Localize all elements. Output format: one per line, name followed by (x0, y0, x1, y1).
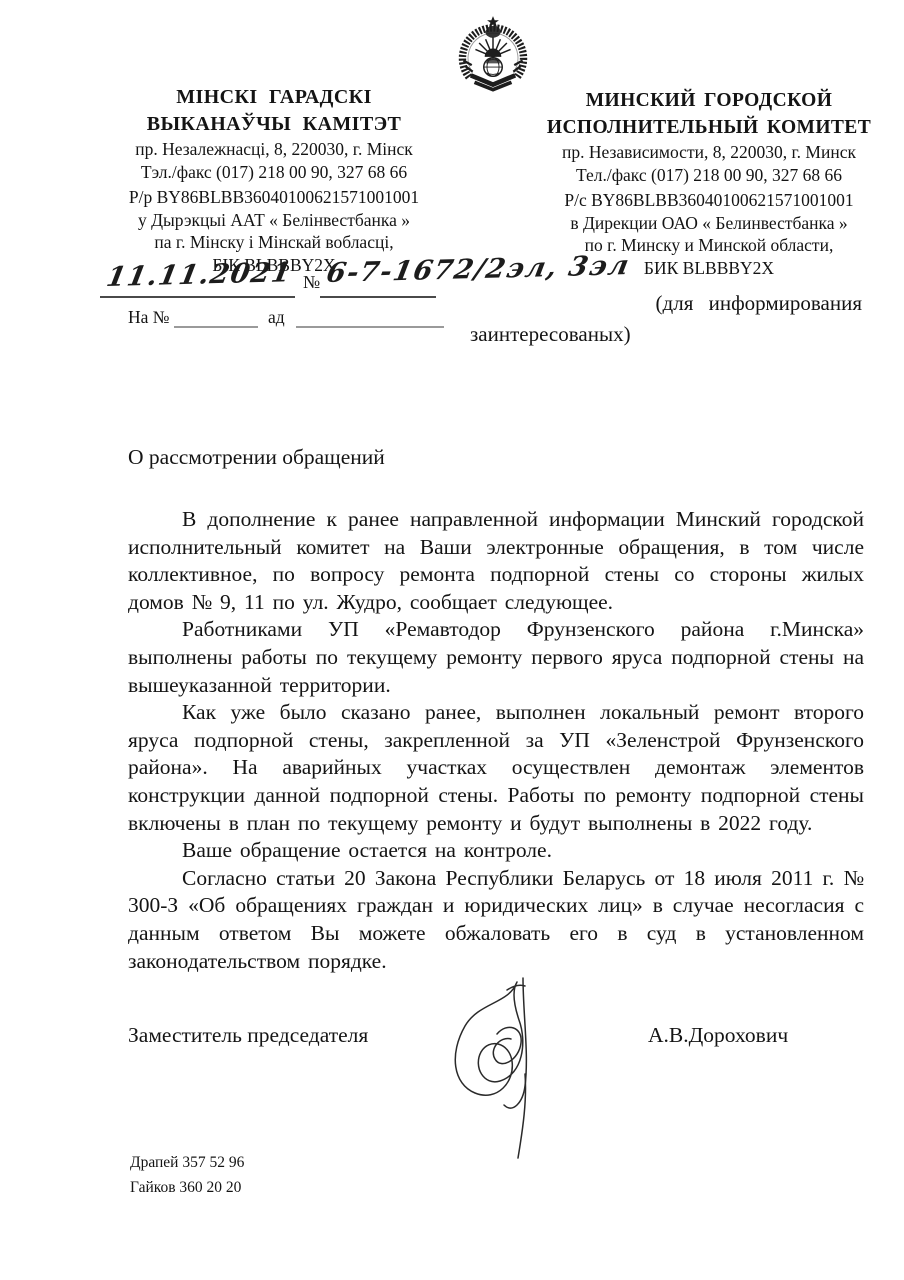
number-sign-label: № (303, 272, 320, 293)
scanned-letter-page: { "document": { "emblem": "belarus-state… (0, 0, 904, 1280)
body-paragraph: Работниками УП «Ремавтодор Фрунзенского … (128, 616, 864, 699)
letter-body: В дополнение к ранее направленной информ… (128, 506, 864, 975)
body-paragraph: В дополнение к ранее направленной информ… (128, 506, 864, 616)
org-bank1-ru: в Дирекции ОАО « Белинвестбанка » (533, 212, 885, 235)
org-header-belarusian: МІНСКІ ГАРАДСКІ ВЫКАНАЎЧЫ КАМІТЭТ (88, 84, 460, 138)
org-title-by-line1: МІНСКІ ГАРАДСКІ (88, 84, 460, 111)
org-address-ru: пр. Независимости, 8, 220030, г. Минск (533, 141, 885, 164)
org-account-ru: Р/с BY86BLBB36040100621571001001 (533, 189, 885, 212)
org-bank2-by: па г. Мінску і Мінскай вобласці, (88, 231, 460, 254)
org-title-ru-line2: ИСПОЛНИТЕЛЬНЫЙ КОМИТЕТ (533, 114, 885, 141)
body-paragraph: Согласно статьи 20 Закона Республики Бел… (128, 865, 864, 975)
org-address-russian: пр. Независимости, 8, 220030, г. Минск Т… (533, 141, 885, 187)
date-underline (100, 276, 295, 298)
contact-line: Драпей 357 52 96 (130, 1150, 244, 1175)
signer-name: А.В.Дорохович (648, 1023, 788, 1048)
footer-contacts: Драпей 357 52 96 Гайков 360 20 20 (130, 1150, 244, 1200)
belarus-coat-of-arms-icon (456, 13, 530, 97)
org-address-belarusian: пр. Незалежнасці, 8, 220030, г. Мінск Тэ… (88, 138, 460, 184)
addressee-note: (для информирования заинтересованых) (470, 288, 862, 350)
signature-scribble (437, 972, 559, 1162)
reply-number-blank (174, 308, 258, 328)
number-underline (320, 276, 436, 298)
org-header-russian: МИНСКИЙ ГОРОДСКОЙ ИСПОЛНИТЕЛЬНЫЙ КОМИТЕТ (533, 87, 885, 141)
org-address-by: пр. Незалежнасці, 8, 220030, г. Мінск (88, 138, 460, 161)
reply-from-blank (296, 308, 444, 328)
body-paragraph: Ваше обращение остается на контроле. (128, 837, 864, 865)
signer-position-title: Заместитель председателя (128, 1023, 368, 1048)
org-account-by: Р/р BY86BLBB36040100621571001001 (88, 186, 460, 209)
org-title-by-line2: ВЫКАНАЎЧЫ КАМІТЭТ (88, 111, 460, 138)
reply-from-label: ад (268, 306, 285, 329)
reply-number-label: На № (128, 306, 169, 329)
org-phone-ru: Тел./факс (017) 218 00 90, 327 68 66 (533, 164, 885, 187)
addressee-note-line1: (для информирования (470, 288, 862, 319)
org-phone-by: Тэл./факс (017) 218 00 90, 327 68 66 (88, 161, 460, 184)
addressee-note-line2: заинтересованых) (470, 319, 862, 350)
body-paragraph: Как уже было сказано ранее, выполнен лок… (128, 699, 864, 837)
subject-line: О рассмотрении обращений (128, 445, 385, 470)
org-title-ru-line1: МИНСКИЙ ГОРОДСКОЙ (533, 87, 885, 114)
org-bank1-by: у Дырэкцыі ААТ « Белінвестбанка » (88, 209, 460, 232)
contact-line: Гайков 360 20 20 (130, 1175, 244, 1200)
